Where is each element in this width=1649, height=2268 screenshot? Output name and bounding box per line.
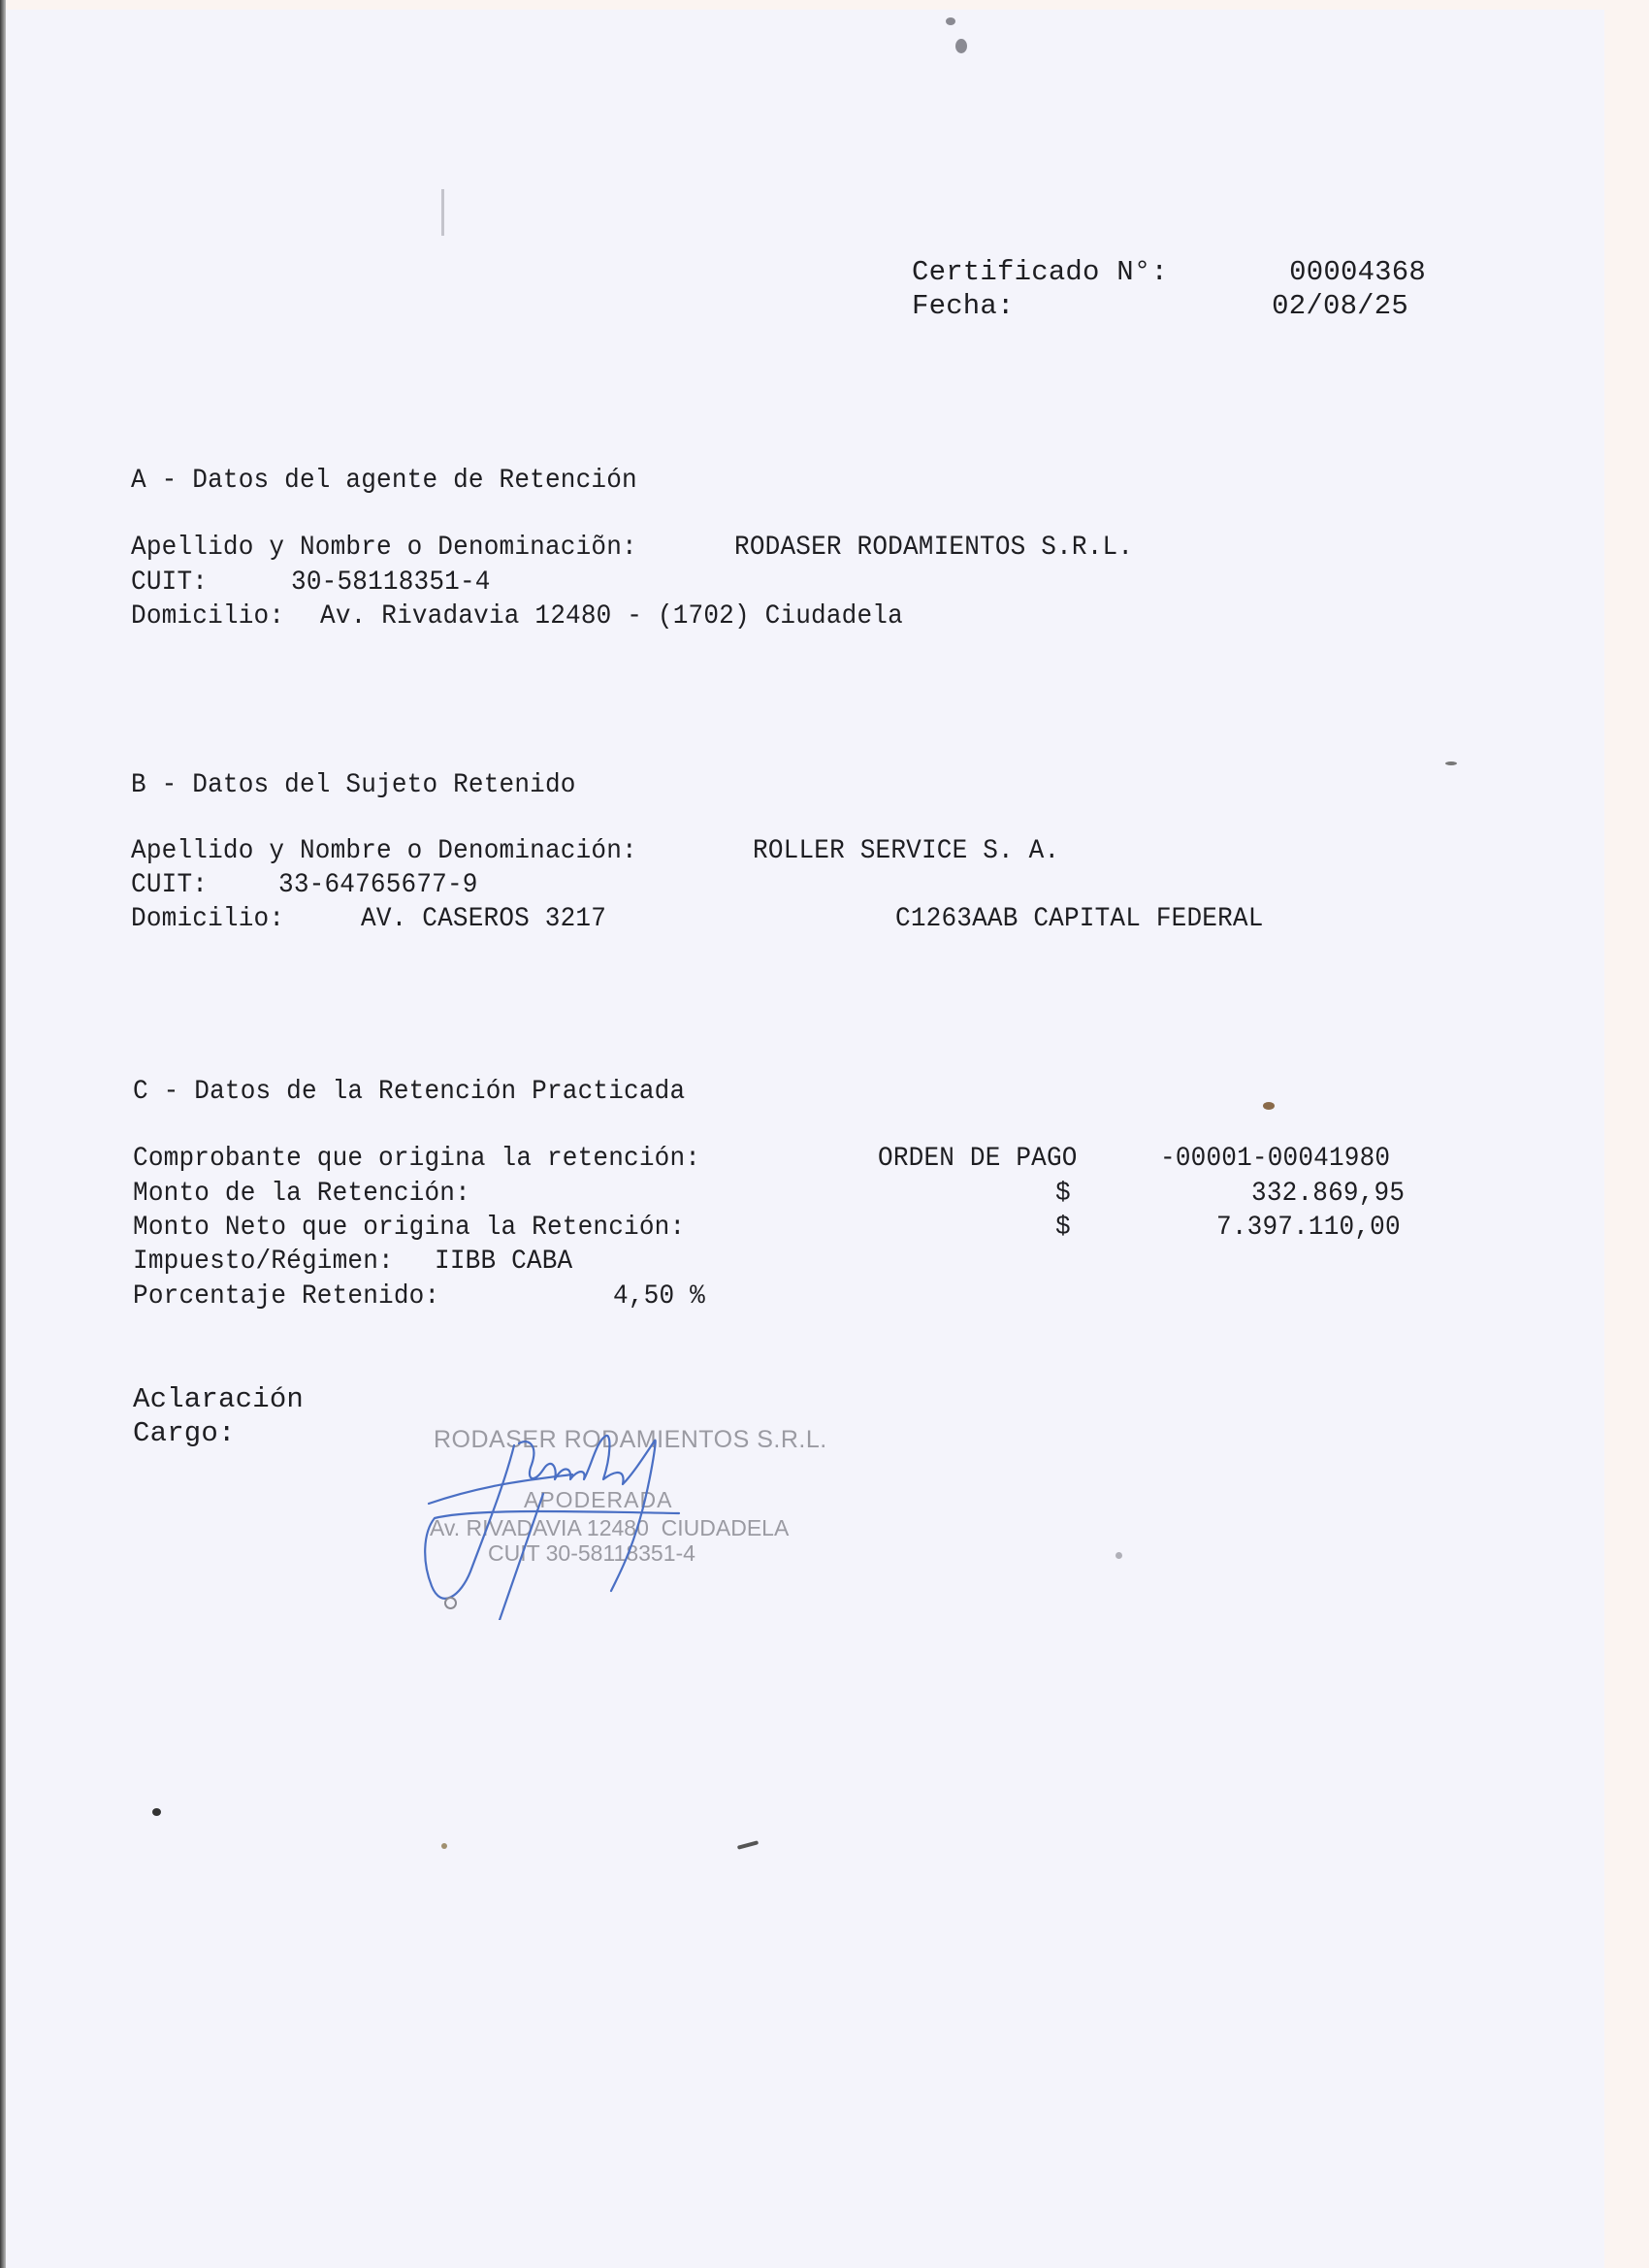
- voucher-type: ORDEN DE PAGO: [878, 1142, 1078, 1177]
- net-amount-label: Monto Neto que origina la Retención:: [133, 1211, 685, 1246]
- net-amount-currency: $: [1055, 1211, 1071, 1246]
- agent-address-value: Av. Rivadavia 12480 - (1702) Ciudadela: [320, 599, 903, 634]
- scan-speck: [152, 1808, 161, 1816]
- date-value: 02/08/25: [1242, 289, 1408, 324]
- clarification-label: Aclaración: [133, 1382, 304, 1417]
- agent-cuit-label: CUIT:: [131, 566, 208, 600]
- subject-address-city: C1263AAB CAPITAL FEDERAL: [895, 902, 1264, 937]
- retention-amount-label: Monto de la Retención:: [133, 1177, 470, 1212]
- tax-regime-label: Impuesto/Régimen:: [133, 1245, 394, 1280]
- section-b-title: B - Datos del Sujeto Retenido: [131, 768, 576, 803]
- subject-address-label: Domicilio:: [131, 902, 284, 937]
- certificate-label: Certificado N°:: [912, 255, 1168, 290]
- agent-name-value: RODASER RODAMIENTOS S.R.L.: [734, 531, 1133, 566]
- subject-cuit-label: CUIT:: [131, 868, 208, 903]
- retention-amount-currency: $: [1055, 1177, 1071, 1212]
- net-amount-value: 7.397.110,00: [1216, 1211, 1401, 1246]
- scan-speck: [444, 1597, 457, 1609]
- scan-speck: [1263, 1102, 1275, 1110]
- voucher-number: -00001-00041980: [1160, 1142, 1390, 1177]
- scan-speck: [1115, 1552, 1122, 1559]
- scan-speck: [1445, 761, 1457, 765]
- subject-name-label: Apellido y Nombre o Denominación:: [131, 834, 637, 869]
- certificate-number: 00004368: [1242, 255, 1426, 290]
- voucher-label: Comprobante que origina la retención:: [133, 1142, 700, 1177]
- scan-speck: [441, 1843, 447, 1849]
- scan-mark: [441, 189, 444, 236]
- handwritten-signature: [417, 1426, 727, 1620]
- subject-name-value: ROLLER SERVICE S. A.: [753, 834, 1059, 869]
- subject-cuit-value: 33-64765677-9: [278, 868, 478, 903]
- date-label: Fecha:: [912, 289, 1015, 324]
- scan-speck: [955, 39, 967, 53]
- section-c-title: C - Datos de la Retención Practicada: [133, 1075, 685, 1110]
- position-label: Cargo:: [133, 1416, 236, 1451]
- percent-label: Porcentaje Retenido:: [133, 1280, 439, 1314]
- subject-address-street: AV. CASEROS 3217: [361, 902, 606, 937]
- scan-speck: [946, 17, 955, 25]
- section-a-title: A - Datos del agente de Retención: [131, 464, 637, 499]
- tax-regime-value: IIBB CABA: [435, 1245, 572, 1280]
- agent-name-label: Apellido y Nombre o Denominaciõn:: [131, 531, 637, 566]
- percent-value: 4,50 %: [613, 1280, 705, 1314]
- retention-amount-value: 332.869,95: [1251, 1177, 1405, 1212]
- document-page: [6, 10, 1604, 2268]
- agent-address-label: Domicilio:: [131, 599, 284, 634]
- agent-cuit-value: 30-58118351-4: [291, 566, 491, 600]
